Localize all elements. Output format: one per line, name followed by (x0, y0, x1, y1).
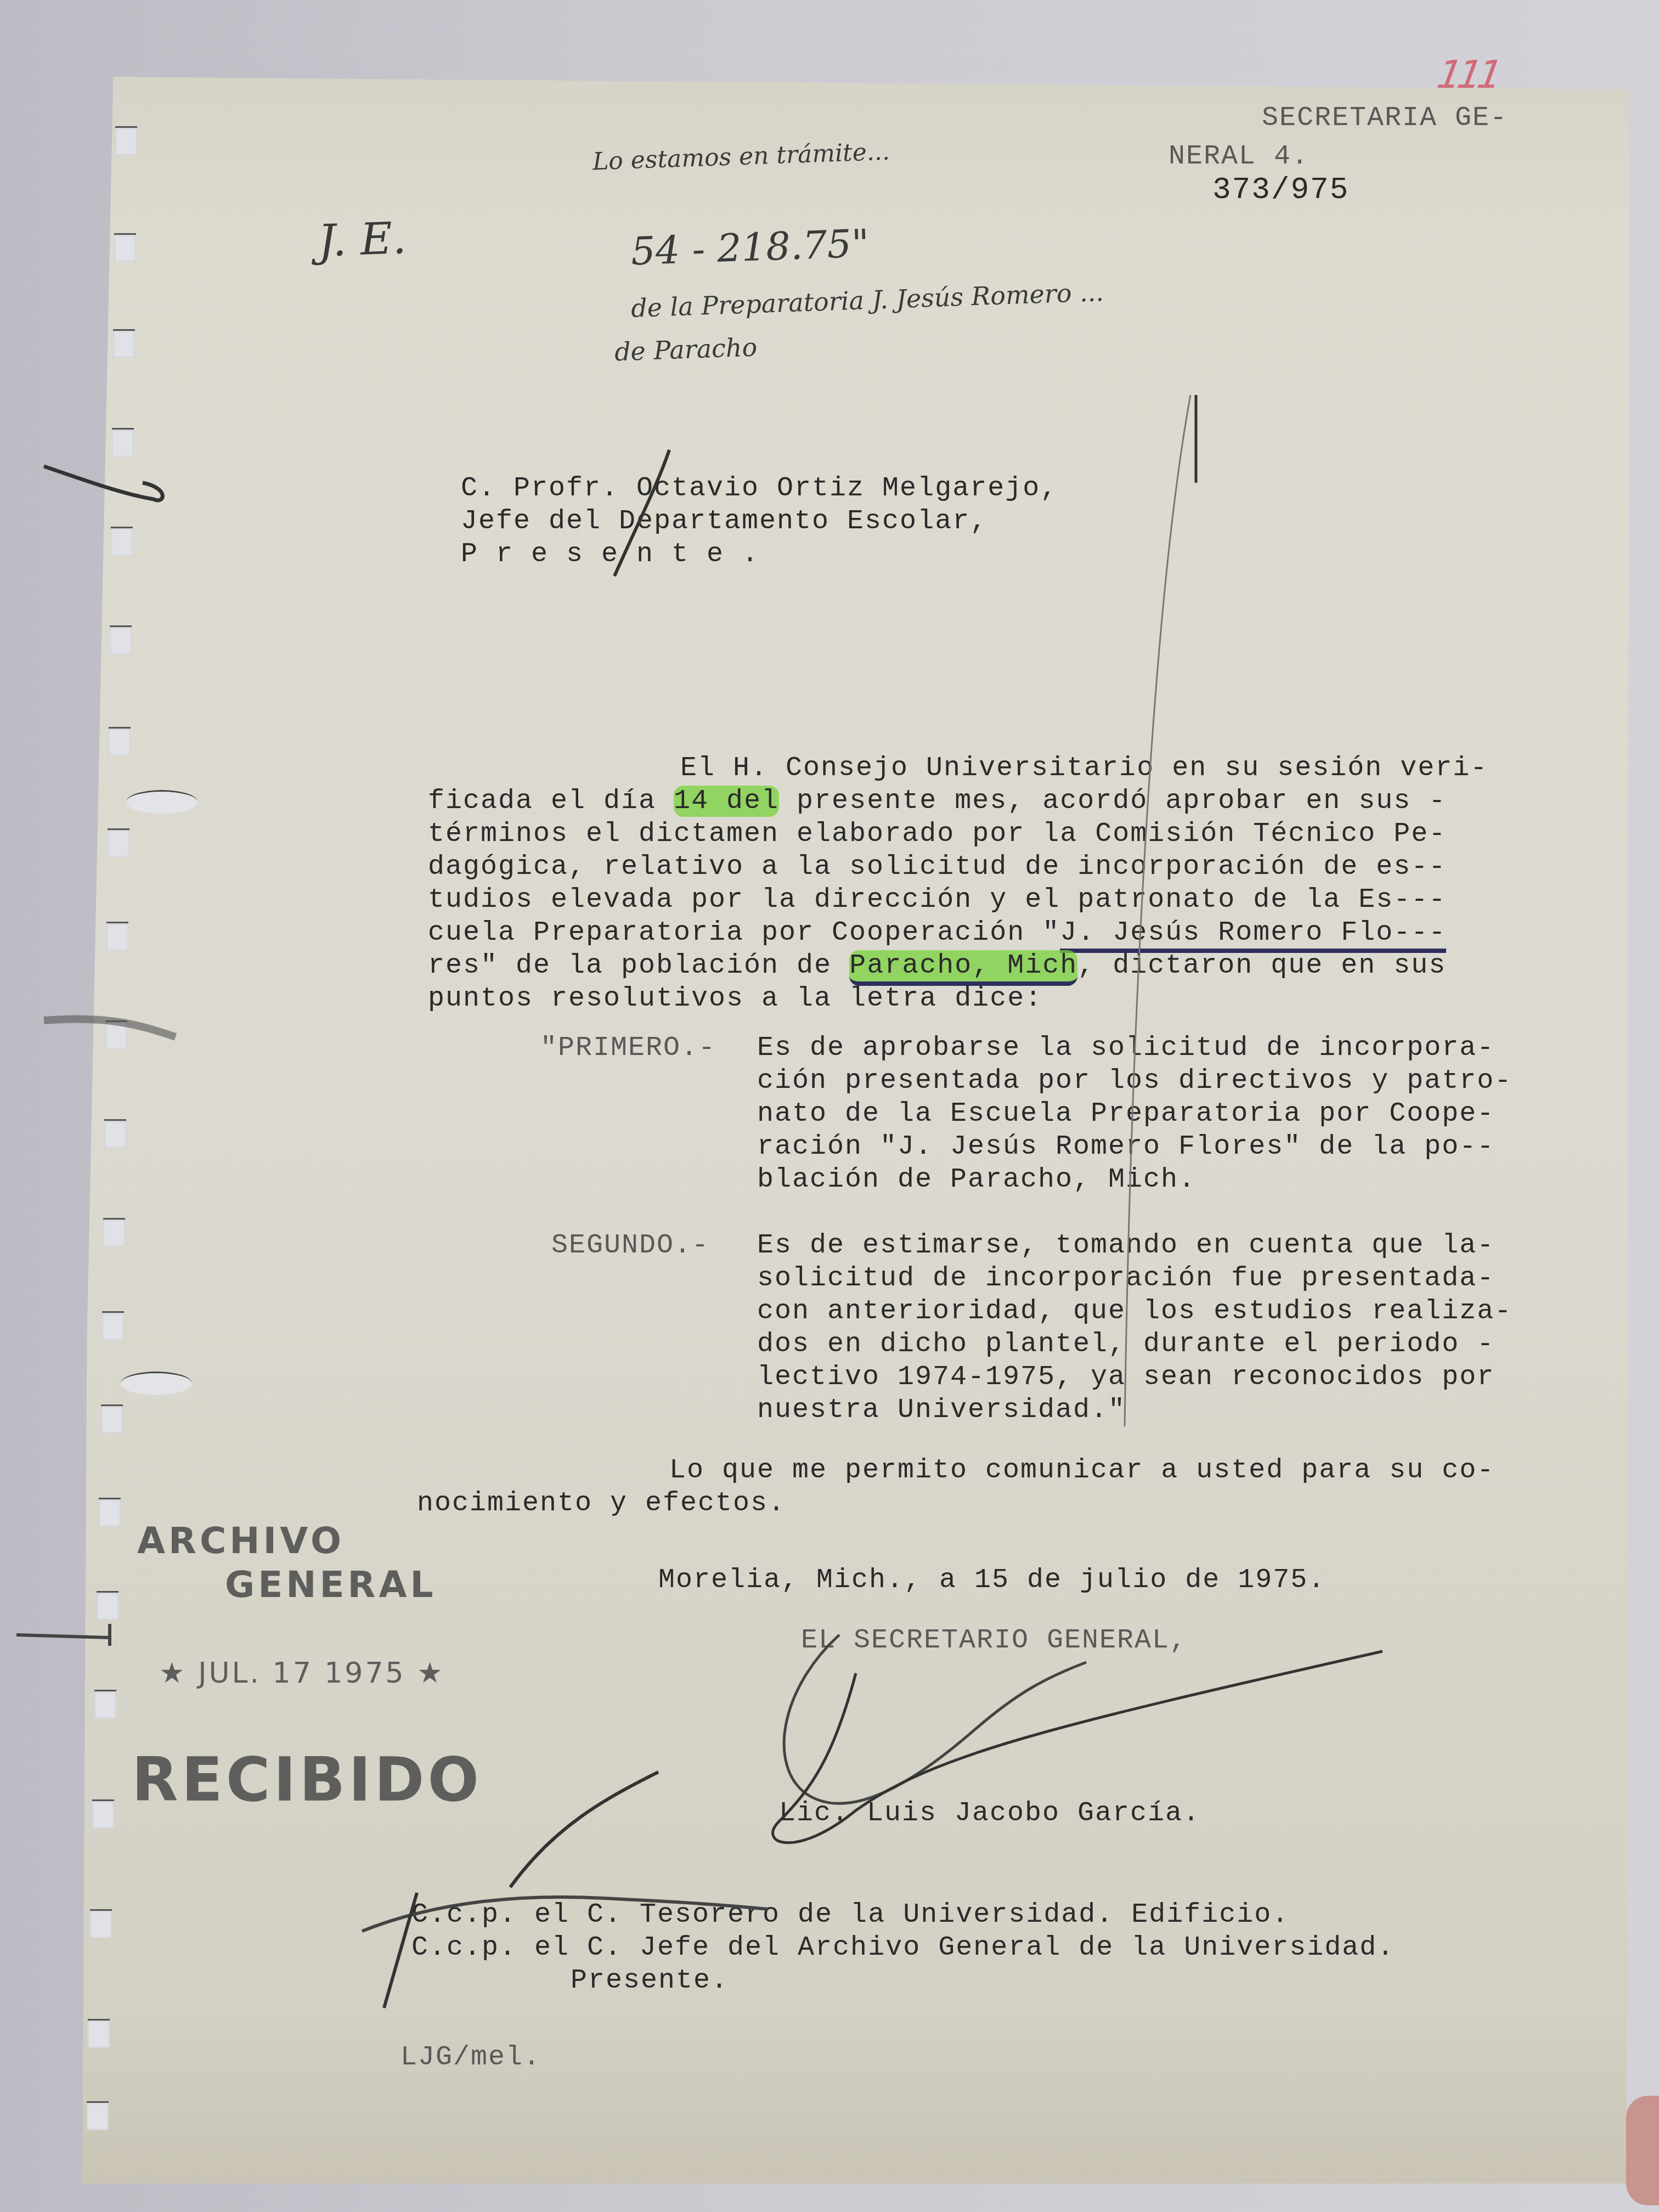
resolution-line: ción presentada por los directivos y pat… (757, 1064, 1512, 1098)
copy-line: C.c.p. el C. Tesorero de la Universidad.… (411, 1898, 1289, 1932)
body-line: tudios elevada por la dirección y el pat… (428, 883, 1446, 917)
handwritten-note-line2: de Paracho (614, 332, 758, 366)
archive-stamp-line2: GENERAL (225, 1564, 437, 1606)
resolution-label-segundo: SEGUNDO.- (551, 1229, 709, 1263)
resolution-line: blación de Paracho, Mich. (757, 1163, 1196, 1197)
binder-hole (113, 329, 135, 358)
binder-hole (87, 2101, 109, 2130)
binder-hole (94, 1690, 116, 1719)
copy-line: Presente. (571, 1964, 729, 1998)
resolution-line: lectivo 1974-1975, ya sean reconocidos p… (757, 1361, 1494, 1395)
body-line: El H. Consejo Universitario en su sesión… (680, 752, 1488, 786)
binder-hole (108, 828, 129, 857)
letterhead-line2: NERAL 4. (1169, 140, 1309, 174)
recipient-name: C. Profr. Octavio Ortiz Melgarejo, (461, 472, 1058, 506)
resolution-line: nato de la Escuela Preparatoria por Coop… (757, 1097, 1494, 1131)
binder-hole (102, 1311, 124, 1340)
body-text: presente mes, acordó aprobar en sus - (779, 786, 1446, 817)
body-line: dagógica, relativo a la solicitud de inc… (428, 850, 1446, 884)
typist-initials: LJG/mel. (400, 2041, 541, 2075)
body-line: cuela Preparatoria por Cooperación "J. J… (428, 916, 1446, 950)
binder-hole (106, 922, 128, 951)
holding-finger (1626, 2096, 1659, 2205)
body-text: , dictaron que en sus (1077, 950, 1446, 981)
signer-name: Lic. Luis Jacobo García. (779, 1797, 1200, 1831)
resolution-line: ración "J. Jesús Romero Flores" de la po… (757, 1130, 1494, 1164)
copy-line: C.c.p. el C. Jefe del Archivo General de… (411, 1931, 1395, 1965)
resolution-line: Es de aprobarse la solicitud de incorpor… (757, 1031, 1494, 1065)
handwritten-file-number: 54 - 218.75" (630, 221, 870, 274)
body-line: ficada el día 14 del presente mes, acord… (428, 785, 1446, 819)
closing-line: Lo que me permito comunicar a usted para… (669, 1454, 1494, 1488)
resolution-line: Es de estimarse, tomando en cuenta que l… (757, 1229, 1494, 1263)
binder-hole (109, 727, 131, 756)
resolution-line: dos en dicho plantel, durante el periodo… (757, 1328, 1494, 1362)
binder-hole (90, 1909, 112, 1938)
received-date-stamp: ★ JUL. 17 1975 ★ (159, 1657, 445, 1690)
letterhead-line1: SECRETARIA GE- (1262, 101, 1508, 136)
binder-hole (103, 1218, 125, 1247)
resolution-line: con anterioridad, que los estudios reali… (757, 1295, 1512, 1329)
body-text: ficada el día (428, 786, 674, 817)
received-stamp: RECIBIDO (132, 1745, 482, 1815)
recipient-presente: P r e s e n t e . (461, 538, 759, 572)
binder-hole (88, 2019, 110, 2048)
body-line: puntos resolutivos a la letra dice: (428, 982, 1042, 1016)
closing-line: nocimiento y efectos. (417, 1487, 786, 1521)
resolution-line: nuestra Universidad." (757, 1393, 1126, 1427)
binder-hole (99, 1498, 121, 1527)
underlined-school-name: J. Jesús Romero Flo--- (1060, 917, 1446, 953)
place-date: Morelia, Mich., a 15 de julio de 1975. (658, 1564, 1325, 1598)
highlighted-town: Paracho, Mich (849, 950, 1077, 986)
torn-hole (126, 790, 198, 814)
binder-hole (97, 1591, 119, 1620)
highlighted-date: 14 del (674, 786, 779, 817)
binder-hole (104, 1119, 126, 1148)
archive-stamp-line1: ARCHIVO (137, 1520, 345, 1562)
binder-hole (105, 1020, 127, 1049)
handwritten-initials: J. E. (317, 212, 407, 267)
binder-hole (115, 126, 137, 155)
torn-hole (121, 1372, 192, 1395)
binder-hole (114, 233, 136, 262)
binder-hole (112, 428, 134, 457)
resolution-line: solicitud de incorporación fue presentad… (757, 1262, 1494, 1296)
body-text: cuela Preparatoria por Cooperación " (428, 917, 1060, 949)
reference-number: 373/975 (1212, 173, 1349, 207)
body-text: res" de la población de (428, 950, 849, 981)
recipient-title: Jefe del Departamento Escolar, (461, 505, 988, 539)
binder-hole (110, 625, 132, 654)
resolution-label-primero: "PRIMERO.- (540, 1031, 716, 1065)
binder-hole (111, 527, 133, 556)
signer-title: EL SECRETARIO GENERAL, (801, 1624, 1187, 1658)
binder-hole (92, 1799, 114, 1829)
body-line: res" de la población de Paracho, Mich, d… (428, 949, 1446, 983)
binder-hole (101, 1404, 123, 1434)
body-line: términos el dictamen elaborado por la Co… (428, 817, 1446, 851)
